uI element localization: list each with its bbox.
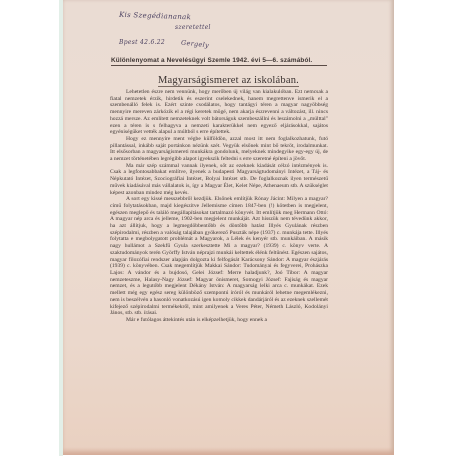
handwritten-date: Bpest 42.6.22 xyxy=(119,39,165,46)
document-body: Lehetetlen észre nem vennünk, hogy merőb… xyxy=(110,89,328,324)
paragraph: A sort egy kissé messzebbről kezdjük. El… xyxy=(110,196,328,317)
paragraph: Hogy ez mennyire ment végbe külföldön, a… xyxy=(110,136,328,163)
paragraph: Lehetetlen észre nem vennünk, hogy merőb… xyxy=(110,89,328,136)
handwritten-dedication-line1: Kis Szegédiananak xyxy=(119,11,191,22)
handwritten-signature: Gergely xyxy=(181,39,210,50)
paragraph: Ma már szép számmal vannak ilyenek, sőt … xyxy=(110,163,328,197)
handwritten-dedication-line2: szeretettel xyxy=(175,24,211,31)
document-page: Kis Szegédiananak szeretettel Bpest 42.6… xyxy=(63,0,394,455)
paragraph: Már e futólagos áttekintés után is elkép… xyxy=(110,317,328,324)
offprint-note: Különlenyomat a Nevelésügyi Szemle 1942.… xyxy=(111,57,327,66)
document-title-text: Magyarságismeret az iskolában. xyxy=(158,75,299,87)
document-title: Magyarságismeret az iskolában. xyxy=(63,75,394,86)
